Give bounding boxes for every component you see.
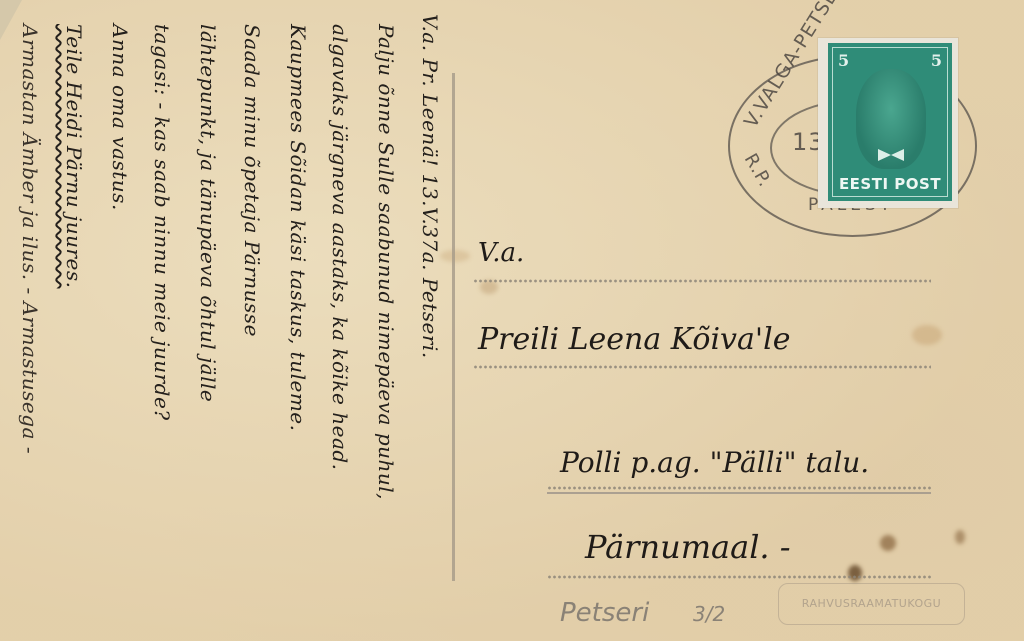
stamp-face: 5 5 EESTI POST xyxy=(828,43,952,201)
pencil-number-note: 3/2 xyxy=(693,602,725,626)
address-line-2-rule xyxy=(473,365,931,369)
message-text: V.a. Pr. Leenä! 13.V.37a. Petseri. xyxy=(418,14,442,359)
vertical-divider xyxy=(452,73,455,581)
address-line-4-rule xyxy=(547,575,931,579)
address-farm: Polli p.ag. "Pälli" talu. xyxy=(560,446,869,479)
stamp-country: EESTI POST xyxy=(828,175,952,193)
stamp-denomination-right: 5 xyxy=(931,51,942,70)
handwritten-message: V.a. Pr. Leenä! 13.V.37a. Petseri. Palju… xyxy=(0,14,450,614)
address-line-3-solid xyxy=(547,492,931,494)
message-line-3: algavaks järgneva aastaks, ka kõike head… xyxy=(328,24,352,471)
address-salutation: V.a. xyxy=(478,238,524,268)
stain xyxy=(912,325,942,345)
library-stamp: RAHVUSRAAMATUKOGU xyxy=(778,583,965,625)
message-line-8: Anna oma vastus. xyxy=(108,24,132,211)
address-line-1-rule xyxy=(473,279,931,283)
address-recipient: Preili Leena Kõiva'le xyxy=(478,322,790,357)
stain xyxy=(955,530,965,544)
message-line-5: Saada minu õpetaja Pärnusse xyxy=(240,24,264,337)
message-line-1: V.a. Pr. Leenä! 13.V.37a. Petseri. xyxy=(418,14,442,359)
pencil-place-note: Petseri xyxy=(560,598,649,628)
postcard: V.a. Pr. Leenä! 13.V.37a. Petseri. Palju… xyxy=(0,0,1024,641)
address-line-3-rule xyxy=(547,486,931,490)
stamp-denomination-left: 5 xyxy=(838,51,849,70)
message-line-4: Kaupmees Sõidan käsi taskus, tuleme. xyxy=(286,24,310,431)
address-county: Pärnumaal. - xyxy=(585,528,791,566)
portrait-icon xyxy=(856,69,926,169)
postage-stamp: 5 5 EESTI POST xyxy=(818,38,958,208)
message-line-7: tagasi: - kas saab ninnu meie juurde? xyxy=(150,24,174,421)
message-line-9: Teile Heidi Pärnu juures. xyxy=(62,24,86,288)
message-line-6: lähtepunkt, ja tänupäeva õhtul jälle xyxy=(196,24,220,402)
message-line-2: Palju õnne Sulle saabunud nimepäeva puhu… xyxy=(374,24,398,500)
stain xyxy=(880,535,896,551)
message-line-10: Armastan Ämber ja ilus. - Armastusega - xyxy=(18,24,42,454)
